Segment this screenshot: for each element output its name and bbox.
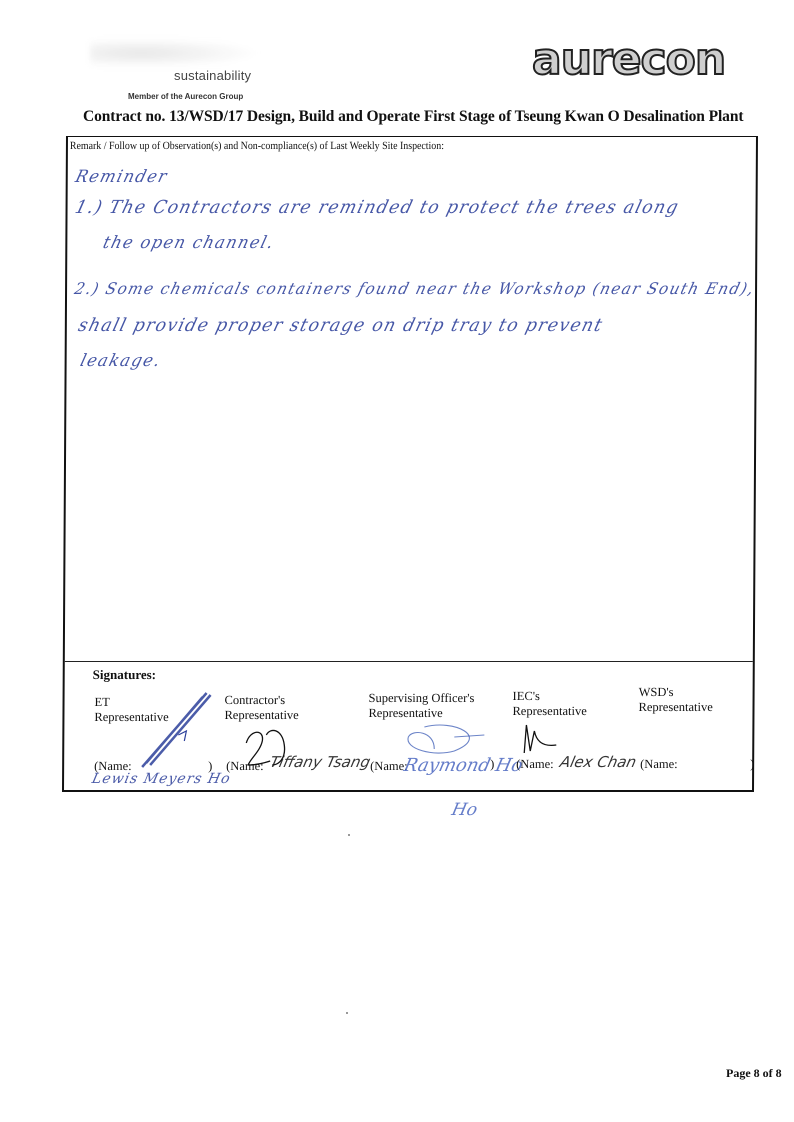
sig-title: Supervising Officer's [369,691,475,706]
handwritten-line: leakage. [78,351,163,371]
contract-title: Contract no. 13/WSD/17 Design, Build and… [83,108,763,126]
signature-overflow-ink: Ho [450,800,479,820]
sig-name-label: (Name: [516,757,554,772]
iec-signature-mark [516,721,566,757]
inspection-form-box: Remark / Follow up of Observation(s) and… [62,136,758,792]
sig-title: IEC's [513,689,587,704]
sig-title: Contractor's [225,693,299,708]
company-logo-left: sustainability Member of the Aurecon Gro… [82,30,272,110]
handwritten-line: 2.) Some chemicals containers found near… [73,279,757,298]
sig-title: Representative [224,708,298,723]
signature-block-iec: IEC's Representative [512,689,586,719]
handwritten-name: Raymond Ho [402,755,525,776]
handwritten-line: shall provide proper storage on drip tra… [76,315,605,336]
signature-block-supervising-officer: Supervising Officer's Representative [368,691,474,721]
handwritten-line: Reminder [73,167,170,187]
blurred-logo-mark [90,38,260,68]
handwritten-line: 1.) The Contractors are reminded to prot… [73,197,682,218]
signatures-heading: Signatures: [93,667,156,683]
signatures-divider [65,661,753,662]
sig-title: WSD's [639,685,713,700]
aurecon-logo: aurecon [532,38,725,82]
scan-speck [346,1012,348,1014]
remark-label: Remark / Follow up of Observation(s) and… [70,140,444,152]
sig-name-label: (Name: [226,759,264,774]
handwritten-name: Tiffany Tsang [268,753,372,771]
scan-speck [348,834,350,836]
et-signature-mark [134,691,214,771]
handwritten-line: the open channel. [101,233,277,253]
sig-title: Representative [512,704,586,719]
sig-title: Representative [638,700,712,715]
logo-sustainability-text: sustainability [174,68,251,83]
sig-name-label: (Name: [640,757,678,772]
logo-member-text: Member of the Aurecon Group [128,92,243,101]
page-number: Page 8 of 8 [726,1066,782,1081]
sig-title: Representative [368,706,474,721]
signature-block-contractor: Contractor's Representative [224,693,298,723]
signature-block-wsd: WSD's Representative [638,685,712,715]
sig-name-close: ) [750,757,754,772]
handwritten-name: Lewis Meyers Ho [90,771,232,787]
handwritten-name: Alex Chan [558,753,638,771]
